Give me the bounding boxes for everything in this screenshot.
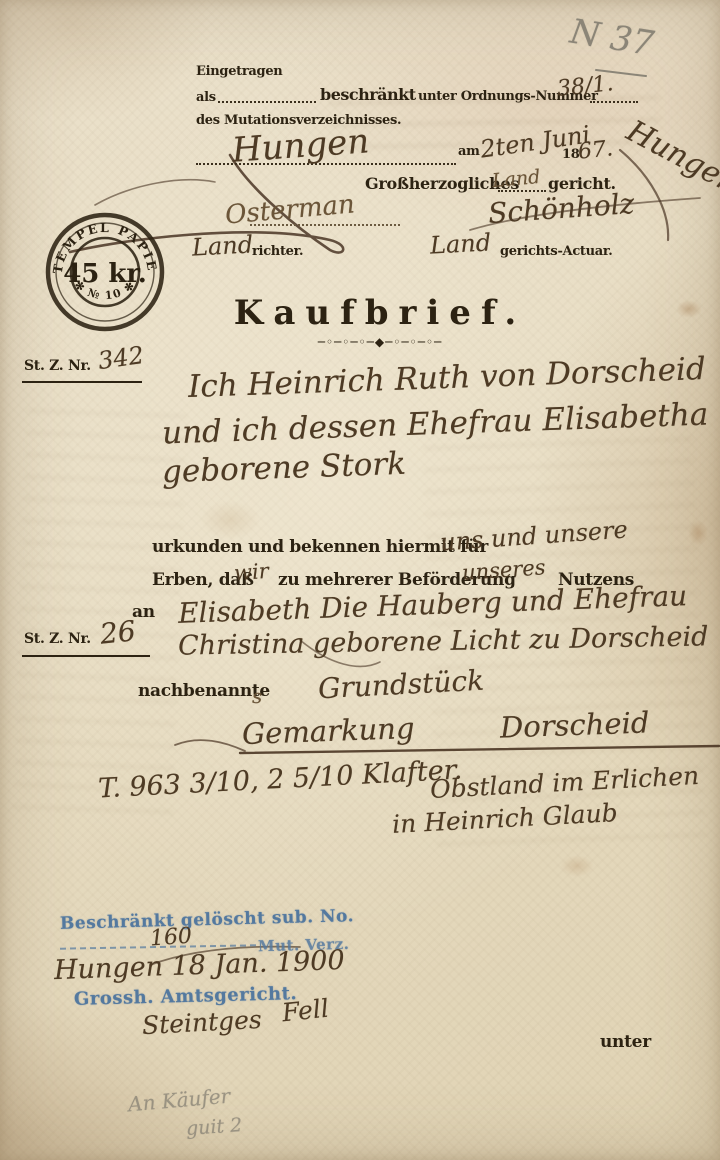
nachbenannte-label: nachbenannte bbox=[138, 681, 270, 701]
actuar-signature: Schönholz bbox=[487, 187, 635, 230]
amtsgericht-label: Grossh. Amtsgericht. bbox=[74, 983, 298, 1010]
cancellation-date-handwritten: Hungen 18 Jan. 1900 bbox=[54, 945, 346, 986]
eingetragen-label: Eingetragen bbox=[196, 64, 282, 79]
fill-in-line bbox=[250, 224, 400, 226]
declaration-line-1: Ich Heinrich Ruth von Dorscheid bbox=[188, 351, 707, 405]
clerk-signature-1: Steintges bbox=[141, 1005, 262, 1040]
year-handwritten: 67. bbox=[577, 136, 614, 165]
gemarkung-place-handwritten: Dorscheid bbox=[499, 705, 649, 744]
court-place-handwritten: Hungen bbox=[621, 114, 720, 202]
fill-in-line bbox=[218, 101, 316, 103]
court-type-handwritten: Land bbox=[491, 166, 541, 192]
bottom-pencil-note-line-2: guit 2 bbox=[185, 1114, 243, 1140]
gerichts-actuar-label: gerichts-Actuar. bbox=[500, 244, 613, 259]
stz-value-1: 342 bbox=[96, 341, 145, 375]
actuar-prefix-handwritten: Land bbox=[429, 228, 491, 259]
cancellation-number-handwritten: 160 bbox=[149, 924, 193, 952]
paper-stain bbox=[688, 520, 708, 546]
richter-label: richter. bbox=[252, 244, 303, 259]
gemarkung-handwritten: Gemarkung bbox=[241, 711, 415, 751]
declaration-line-3: geborene Stork bbox=[161, 446, 406, 490]
nachbenannte-suffix-handwritten: s bbox=[252, 684, 262, 708]
stz-underline-2 bbox=[22, 655, 150, 657]
paper-stain bbox=[200, 500, 260, 540]
clause-line-2-hw-a: wir bbox=[233, 559, 269, 585]
stz-label-1: St. Z. Nr. bbox=[24, 358, 91, 374]
beschraenkt-label: beschränkt bbox=[320, 85, 416, 104]
document-page: N 37 Eingetragen als beschränkt unter Or… bbox=[0, 0, 720, 1160]
paper-stain bbox=[560, 855, 594, 877]
stz-label-2: St. Z. Nr. bbox=[24, 631, 91, 647]
stz-underline-1 bbox=[22, 381, 142, 383]
clerk-signature-2: Fell bbox=[281, 994, 331, 1028]
an-label: an bbox=[132, 602, 155, 622]
fill-in-line bbox=[590, 101, 638, 103]
seal-value-text: 45 kr. bbox=[63, 259, 147, 289]
cancellation-stamp-line-1: Beschränkt gelöscht sub. No. bbox=[60, 906, 354, 934]
richter-prefix-handwritten: Land bbox=[191, 230, 253, 261]
catchword-unter: unter bbox=[600, 1032, 651, 1052]
am-label: am bbox=[458, 144, 480, 159]
als-label: als bbox=[196, 90, 216, 105]
archive-number-pencil: N 37 bbox=[567, 12, 656, 65]
stz-value-2: 26 bbox=[98, 614, 137, 651]
bottom-pencil-note-line-1: An Käufer bbox=[127, 1084, 231, 1117]
clause-line-1: urkunden und bekennen hiermit für bbox=[152, 537, 488, 557]
document-title: Kaufbrief. bbox=[0, 293, 720, 333]
